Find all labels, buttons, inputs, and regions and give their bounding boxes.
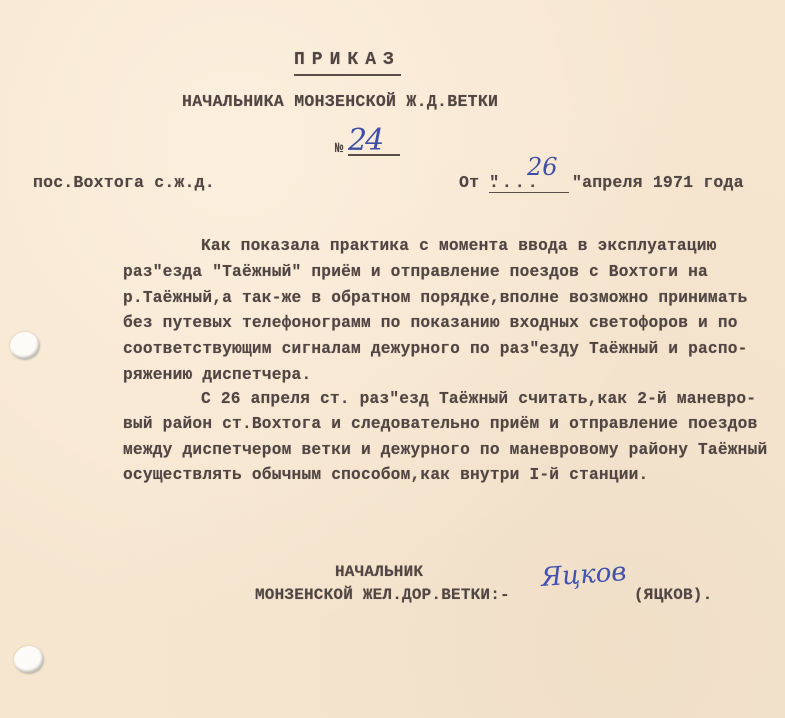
body-line: Как показала практика с момента ввода в … <box>201 237 717 255</box>
signatory-name: (ЯЦКОВ). <box>634 586 712 604</box>
document-title: ПРИКАЗ <box>294 50 401 76</box>
punch-hole-bottom <box>14 646 44 674</box>
body-line: между диспетчером ветки и дежурного по м… <box>123 441 767 459</box>
order-number-label: № <box>335 141 344 157</box>
body-line: С 26 апреля ст. раз"езд Таёжный считать,… <box>201 390 756 408</box>
body-line: ряжению диспетчера. <box>123 366 311 384</box>
date-month-year: "апреля 1971 года <box>572 173 744 192</box>
body-line: без путевых телефонограмм по показанию в… <box>123 314 738 332</box>
document-subtitle: НАЧАЛЬНИКА МОНЗЕНСКОЙ Ж.Д.ВЕТКИ <box>182 92 498 111</box>
punch-hole-top <box>10 332 40 360</box>
signature-organization: МОНЗЕНСКОЙ ЖЕЛ.ДОР.ВЕТКИ:- <box>255 586 510 604</box>
signature-position: НАЧАЛЬНИК <box>335 563 423 581</box>
handwritten-signature: Яцков <box>540 557 627 593</box>
body-line: вый район ст.Вохтога и следовательно при… <box>123 415 758 433</box>
body-line: р.Таёжный,а так-же в обратном порядке,вп… <box>123 289 748 307</box>
place-line: пос.Вохтога с.ж.д. <box>33 173 215 192</box>
date-day-handwritten: 26 <box>527 153 558 181</box>
body-line: соответствующим сигналам дежурного по ра… <box>123 340 748 358</box>
body-line: осуществлять обычным способом,как внутри… <box>123 466 648 484</box>
order-number-handwritten: 24 <box>348 126 400 156</box>
body-line: раз"езда "Таёжный" приём и отправление п… <box>123 263 708 281</box>
